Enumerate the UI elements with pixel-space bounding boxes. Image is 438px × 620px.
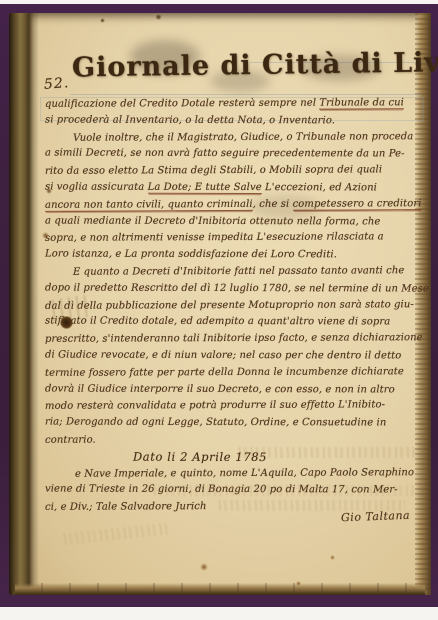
text-segment: dopo il predetto Rescritto del dì 12 lug… <box>45 282 429 294</box>
underlined-phrase: competessero a creditori <box>293 198 422 211</box>
manuscript-line: a simili Decreti, se non avrà fatto segu… <box>45 146 423 164</box>
manuscript-line: prescritto, s'intenderanno tali Inibitor… <box>45 330 423 348</box>
text-segment: si voglia assicurata <box>45 181 148 192</box>
manuscript-line: qualificazione del Credito Dotale rester… <box>45 95 423 113</box>
manuscript-line: dovrà il Giudice interporre il suo Decre… <box>45 381 423 399</box>
signature: Gio Taltana <box>341 509 411 524</box>
text-segment: Vuole inoltre, che il Magistrato, Giudic… <box>73 131 413 143</box>
manuscript-line: e Nave Imperiale, e quinto, nome L'Aquil… <box>45 465 423 483</box>
text-segment: e Nave Imperiale, e quinto, nome L'Aquil… <box>75 467 414 479</box>
manuscript-line: rito da esso eletto La Stima degli Stabi… <box>45 162 423 180</box>
text-segment: termine fossero fatte per parte della Do… <box>45 366 404 379</box>
book-binding-edge <box>9 13 39 595</box>
text-segment: a quali mediante il Decreto d'Inibitoria… <box>45 215 380 227</box>
manuscript-line: contrario. <box>45 431 423 449</box>
text-segment: si procederà al Inventario, o la detta N… <box>45 114 335 126</box>
text-segment: viene di Trieste in 26 giorni, di Bonagi… <box>45 484 398 496</box>
text-segment: sopra, e non altrimenti venisse impedita… <box>45 232 384 244</box>
manuscript-line: viene di Trieste in 26 giorni, di Bonagi… <box>45 482 423 500</box>
text-segment: modo resterà convalidata e potrà produrr… <box>45 400 385 412</box>
text-segment: L'eccezioni, ed Azioni <box>262 182 377 193</box>
text-segment: , che si <box>253 199 293 210</box>
text-segment: ria; Derogando ad ogni Legge, Statuto, O… <box>45 417 386 429</box>
scanned-manuscript-page: { "colors": { "scan_background": "#3e204… <box>0 0 438 620</box>
manuscript-line: ancora non tanto civili, quanto criminal… <box>45 196 423 214</box>
text-segment: stificato il Credito dotale, ed adempito… <box>45 316 390 328</box>
text-segment: Dato li 2 Aprile 1785 <box>133 449 267 463</box>
text-segment: qualificazione del Credito Dotale rester… <box>45 98 319 110</box>
page-stack-edge-bottom <box>15 583 425 595</box>
text-segment: ci, e Div.; Tale Salvadore Jurich <box>45 501 207 513</box>
manuscript-line: dopo il predetto Rescritto del dì 12 lug… <box>45 280 423 298</box>
manuscript-line: Vuole inoltre, che il Magistrato, Giudic… <box>45 129 423 147</box>
text-segment: E quanto a Decreti d'Inibitorie fatti ne… <box>73 265 404 277</box>
manuscript-line: Loro istanza, e La pronta soddisfazione … <box>45 247 423 265</box>
underlined-phrase: La Dote; E tutte Salve <box>148 182 262 194</box>
manuscript-line: si procederà al Inventario, o la detta N… <box>45 112 423 130</box>
text-segment: rito da esso eletto La Stima degli Stabi… <box>45 165 382 177</box>
text-segment: contrario. <box>45 435 96 446</box>
manuscript-line: termine fossero fatte per parte della Do… <box>45 364 423 382</box>
text-segment: dal dì della pubblicazione del presente … <box>45 299 414 312</box>
text-segment: prescritto, s'intenderanno tali Inibitor… <box>45 332 423 345</box>
page-number: 52. <box>43 75 69 93</box>
manuscript-line: modo resterà convalidata e potrà produrr… <box>45 398 423 416</box>
text-segment: dovrà il Giudice interporre il suo Decre… <box>45 383 395 395</box>
manuscript-line: di Giudice revocate, e di niun valore; n… <box>45 347 423 365</box>
text-segment: di Giudice revocate, e di niun valore; n… <box>45 349 401 361</box>
manuscript-line: ria; Derogando ad ogni Legge, Statuto, O… <box>45 415 423 433</box>
journal-title: Giornale di Città di Livorno <box>72 48 422 84</box>
manuscript-line: E quanto a Decreti d'Inibitorie fatti ne… <box>45 263 423 281</box>
underlined-phrase: Tribunale da cui <box>319 97 404 109</box>
underlined-phrase: ancora non tanto civili, quanto criminal… <box>45 199 253 212</box>
text-segment: a simili Decreti, se non avrà fatto segu… <box>45 148 405 160</box>
text-segment: Loro istanza, e La pronta soddisfazione … <box>45 249 337 261</box>
manuscript-line: a quali mediante il Decreto d'Inibitoria… <box>45 213 423 231</box>
manuscript-line: Dato li 2 Aprile 1785 <box>133 448 423 466</box>
manuscript-line: stificato il Credito dotale, ed adempito… <box>45 314 423 332</box>
manuscript-line: sopra, e non altrimenti venisse impedita… <box>45 230 423 248</box>
manuscript-line: si voglia assicurata La Dote; E tutte Sa… <box>45 179 423 197</box>
manuscript-line: dal dì della pubblicazione del presente … <box>45 297 423 315</box>
manuscript-body: qualificazione del Credito Dotale rester… <box>45 96 423 516</box>
